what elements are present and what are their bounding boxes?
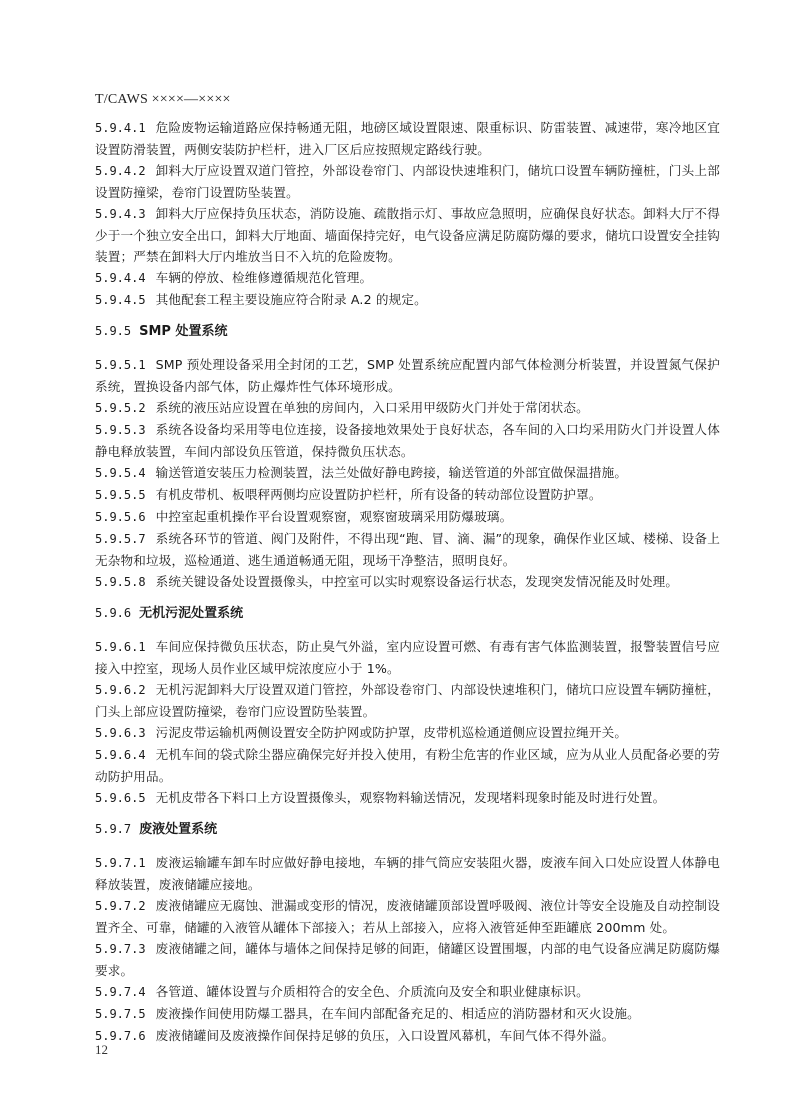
clause-number: 5.9.4.2 — [95, 164, 146, 178]
section-number: 5.9.7 — [95, 822, 131, 836]
section-heading: 5.9.7废液处置系统 — [95, 819, 720, 840]
clause-number: 5.9.7.1 — [95, 856, 146, 870]
clause-number: 5.9.4.4 — [95, 271, 146, 285]
section-number: 5.9.6 — [95, 606, 131, 620]
clause-text: 危险废物运输道路应保持畅通无阻，地磅区域设置限速、限重标识、防雷装置、减速带，寒… — [95, 120, 720, 157]
clause-text: 系统各环节的管道、阀门及附件，不得出现“跑、冒、滴、漏”的现象，确保作业区域、楼… — [95, 531, 720, 568]
clause-5-9-7-1: 5.9.7.1废液运输罐车卸车时应做好静电接地，车辆的排气筒应安装阻火器，废液车… — [95, 852, 720, 895]
clause-text: 系统的液压站应设置在单独的房间内，入口采用甲级防火门并处于常闭状态。 — [156, 400, 589, 415]
clause-5-9-7-4: 5.9.7.4各管道、罐体设置与介质相符合的安全色、介质流向及安全和职业健康标识… — [95, 981, 720, 1003]
clause-5-9-4-3: 5.9.4.3卸料大厅应保持负压状态，消防设施、疏散指示灯、事故应急照明，应确保… — [95, 203, 720, 267]
clause-5-9-7-6: 5.9.7.6废液储罐间及废液操作间保持足够的负压，入口设置风幕机，车间气体不得… — [95, 1025, 720, 1047]
clause-number: 5.9.5.2 — [95, 401, 146, 415]
clause-5-9-5-2: 5.9.5.2系统的液压站应设置在单独的房间内，入口采用甲级防火门并处于常闭状态… — [95, 397, 720, 419]
clause-text: 废液操作间使用防爆工器具，在车间内部配备充足的、相适应的消防器材和灭火设施。 — [156, 1006, 640, 1021]
clause-text: 废液储罐应无腐蚀、泄漏或变形的情况，废液储罐顶部设置呼吸阀、液位计等安全设施及自… — [95, 898, 720, 935]
clause-number: 5.9.5.5 — [95, 488, 146, 502]
clause-number: 5.9.6.5 — [95, 791, 146, 805]
clause-5-9-6-5: 5.9.6.5无机皮带各下料口上方设置摄像头，观察物料输送情况，发现堵料现象时能… — [95, 787, 720, 809]
clause-5-9-6-3: 5.9.6.3污泥皮带运输机两侧设置安全防护网或防护罩，皮带机巡检通道侧应设置拉… — [95, 722, 720, 744]
clause-number: 5.9.7.3 — [95, 942, 146, 956]
clause-5-9-5-4: 5.9.5.4输送管道安装压力检测装置，法兰处做好静电跨接，输送管道的外部宜做保… — [95, 462, 720, 484]
clause-5-9-4-1: 5.9.4.1危险废物运输道路应保持畅通无阻，地磅区域设置限速、限重标识、防雷装… — [95, 117, 720, 160]
clause-number: 5.9.5.6 — [95, 510, 146, 524]
clause-5-9-4-2: 5.9.4.2卸料大厅应设置双道门管控，外部设卷帘门、内部设快速堆积门，储坑口设… — [95, 160, 720, 203]
clause-5-9-5-5: 5.9.5.5有机皮带机、板喂秤两侧均应设置防护栏杆，所有设备的转动部位设置防护… — [95, 484, 720, 506]
clause-text: 车辆的停放、检维修遵循规范化管理。 — [156, 270, 373, 285]
clause-number: 5.9.5.8 — [95, 575, 146, 589]
clause-number: 5.9.6.2 — [95, 683, 146, 697]
document-page: T/CAWS ××××—×××× 5.9.4.1危险废物运输道路应保持畅通无阻，… — [0, 0, 785, 1110]
document-code-header: T/CAWS ××××—×××× — [95, 92, 231, 108]
clause-number: 5.9.6.4 — [95, 748, 146, 762]
clause-5-9-7-2: 5.9.7.2废液储罐应无腐蚀、泄漏或变形的情况，废液储罐顶部设置呼吸阀、液位计… — [95, 895, 720, 938]
clause-number: 5.9.7.6 — [95, 1029, 146, 1043]
section-heading: 5.9.5SMP 处置系统 — [95, 321, 720, 342]
section-5-9-6: 5.9.6无机污泥处置系统 5.9.6.1车间应保持微负压状态，防止臭气外溢，室… — [95, 603, 720, 809]
clause-text: 卸料大厅应保持负压状态，消防设施、疏散指示灯、事故应急照明，应确保良好状态。卸料… — [95, 206, 720, 264]
clause-number: 5.9.6.1 — [95, 640, 146, 654]
clause-5-9-6-4: 5.9.6.4无机车间的袋式除尘器应确保完好并投入使用，有粉尘危害的作业区域，应… — [95, 744, 720, 787]
clause-5-9-6-2: 5.9.6.2无机污泥卸料大厅设置双道门管控，外部设卷帘门、内部设快速堆积门，储… — [95, 679, 720, 722]
clause-5-9-5-8: 5.9.5.8系统关键设备处设置摄像头，中控室可以实时观察设备运行状态，发现突发… — [95, 571, 720, 593]
clause-text: 输送管道安装压力检测装置，法兰处做好静电跨接，输送管道的外部宜做保温措施。 — [156, 465, 628, 480]
section-title: 废液处置系统 — [139, 822, 217, 837]
clause-text: 中控室起重机操作平台设置观察窗，观察窗玻璃采用防爆玻璃。 — [156, 509, 513, 524]
clause-number: 5.9.5.4 — [95, 466, 146, 480]
clause-5-9-4-5: 5.9.4.5其他配套工程主要设施应符合附录 A.2 的规定。 — [95, 289, 720, 311]
clause-5-9-5-7: 5.9.5.7系统各环节的管道、阀门及附件，不得出现“跑、冒、滴、漏”的现象，确… — [95, 528, 720, 571]
clause-number: 5.9.5.1 — [95, 358, 146, 372]
section-heading: 5.9.6无机污泥处置系统 — [95, 603, 720, 624]
clause-number: 5.9.4.5 — [95, 293, 146, 307]
clause-number: 5.9.5.7 — [95, 532, 146, 546]
clause-text: SMP 预处理设备采用全封闭的工艺，SMP 处置系统应配置内部气体检测分析装置，… — [95, 357, 720, 394]
section-5-9-7: 5.9.7废液处置系统 5.9.7.1废液运输罐车卸车时应做好静电接地，车辆的排… — [95, 819, 720, 1047]
section-5-9-5: 5.9.5SMP 处置系统 5.9.5.1SMP 预处理设备采用全封闭的工艺，S… — [95, 321, 720, 593]
clause-text: 车间应保持微负压状态，防止臭气外溢，室内应设置可燃、有毒有害气体监测装置，报警装… — [95, 639, 720, 676]
clause-number: 5.9.7.5 — [95, 1007, 146, 1021]
clause-text: 其他配套工程主要设施应符合附录 A.2 的规定。 — [156, 292, 427, 307]
clause-text: 废液运输罐车卸车时应做好静电接地，车辆的排气筒应安装阻火器，废液车间入口处应设置… — [95, 855, 720, 892]
clause-5-9-4-4: 5.9.4.4车辆的停放、检维修遵循规范化管理。 — [95, 267, 720, 289]
clause-text: 无机皮带各下料口上方设置摄像头，观察物料输送情况，发现堵料现象时能及时进行处置。 — [156, 790, 666, 805]
clause-5-9-7-5: 5.9.7.5废液操作间使用防爆工器具，在车间内部配备充足的、相适应的消防器材和… — [95, 1003, 720, 1025]
clause-text: 卸料大厅应设置双道门管控，外部设卷帘门、内部设快速堆积门，储坑口设置车辆防撞桩，… — [95, 163, 720, 200]
section-number: 5.9.5 — [95, 324, 131, 338]
clause-text: 各管道、罐体设置与介质相符合的安全色、介质流向及安全和职业健康标识。 — [156, 984, 589, 999]
document-body: 5.9.4.1危险废物运输道路应保持畅通无阻，地磅区域设置限速、限重标识、防雷装… — [95, 117, 720, 1047]
clause-number: 5.9.7.4 — [95, 985, 146, 999]
clause-text: 有机皮带机、板喂秤两侧均应设置防护栏杆，所有设备的转动部位设置防护罩。 — [156, 487, 602, 502]
clause-5-9-5-6: 5.9.5.6中控室起重机操作平台设置观察窗，观察窗玻璃采用防爆玻璃。 — [95, 506, 720, 528]
clause-text: 无机污泥卸料大厅设置双道门管控，外部设卷帘门、内部设快速堆积门，储坑口应设置车辆… — [95, 682, 720, 719]
clause-text: 废液储罐间及废液操作间保持足够的负压，入口设置风幕机，车间气体不得外溢。 — [156, 1028, 615, 1043]
clause-number: 5.9.7.2 — [95, 899, 146, 913]
clause-text: 污泥皮带运输机两侧设置安全防护网或防护罩，皮带机巡检通道侧应设置拉绳开关。 — [156, 725, 628, 740]
clause-number: 5.9.5.3 — [95, 423, 146, 437]
section-5-9-4: 5.9.4.1危险废物运输道路应保持畅通无阻，地磅区域设置限速、限重标识、防雷装… — [95, 117, 720, 311]
section-title: SMP 处置系统 — [139, 324, 227, 339]
clause-5-9-5-1: 5.9.5.1SMP 预处理设备采用全封闭的工艺，SMP 处置系统应配置内部气体… — [95, 354, 720, 397]
section-title: 无机污泥处置系统 — [139, 606, 243, 621]
clause-text: 无机车间的袋式除尘器应确保完好并投入使用，有粉尘危害的作业区域，应为从业人员配备… — [95, 747, 720, 784]
clause-number: 5.9.6.3 — [95, 726, 146, 740]
clause-5-9-7-3: 5.9.7.3废液储罐之间，罐体与墙体之间保持足够的间距，储罐区设置围堰，内部的… — [95, 938, 720, 981]
clause-text: 废液储罐之间，罐体与墙体之间保持足够的间距，储罐区设置围堰，内部的电气设备应满足… — [95, 941, 720, 978]
clause-text: 系统关键设备处设置摄像头，中控室可以实时观察设备运行状态，发现突发情况能及时处理… — [156, 574, 679, 589]
clause-number: 5.9.4.1 — [95, 121, 146, 135]
clause-5-9-5-3: 5.9.5.3系统各设备均采用等电位连接，设备接地效果处于良好状态，各车间的入口… — [95, 419, 720, 462]
clause-5-9-6-1: 5.9.6.1车间应保持微负压状态，防止臭气外溢，室内应设置可燃、有毒有害气体监… — [95, 636, 720, 679]
clause-text: 系统各设备均采用等电位连接，设备接地效果处于良好状态，各车间的入口均采用防火门并… — [95, 422, 720, 459]
page-number: 12 — [95, 1042, 108, 1058]
clause-number: 5.9.4.3 — [95, 207, 146, 221]
